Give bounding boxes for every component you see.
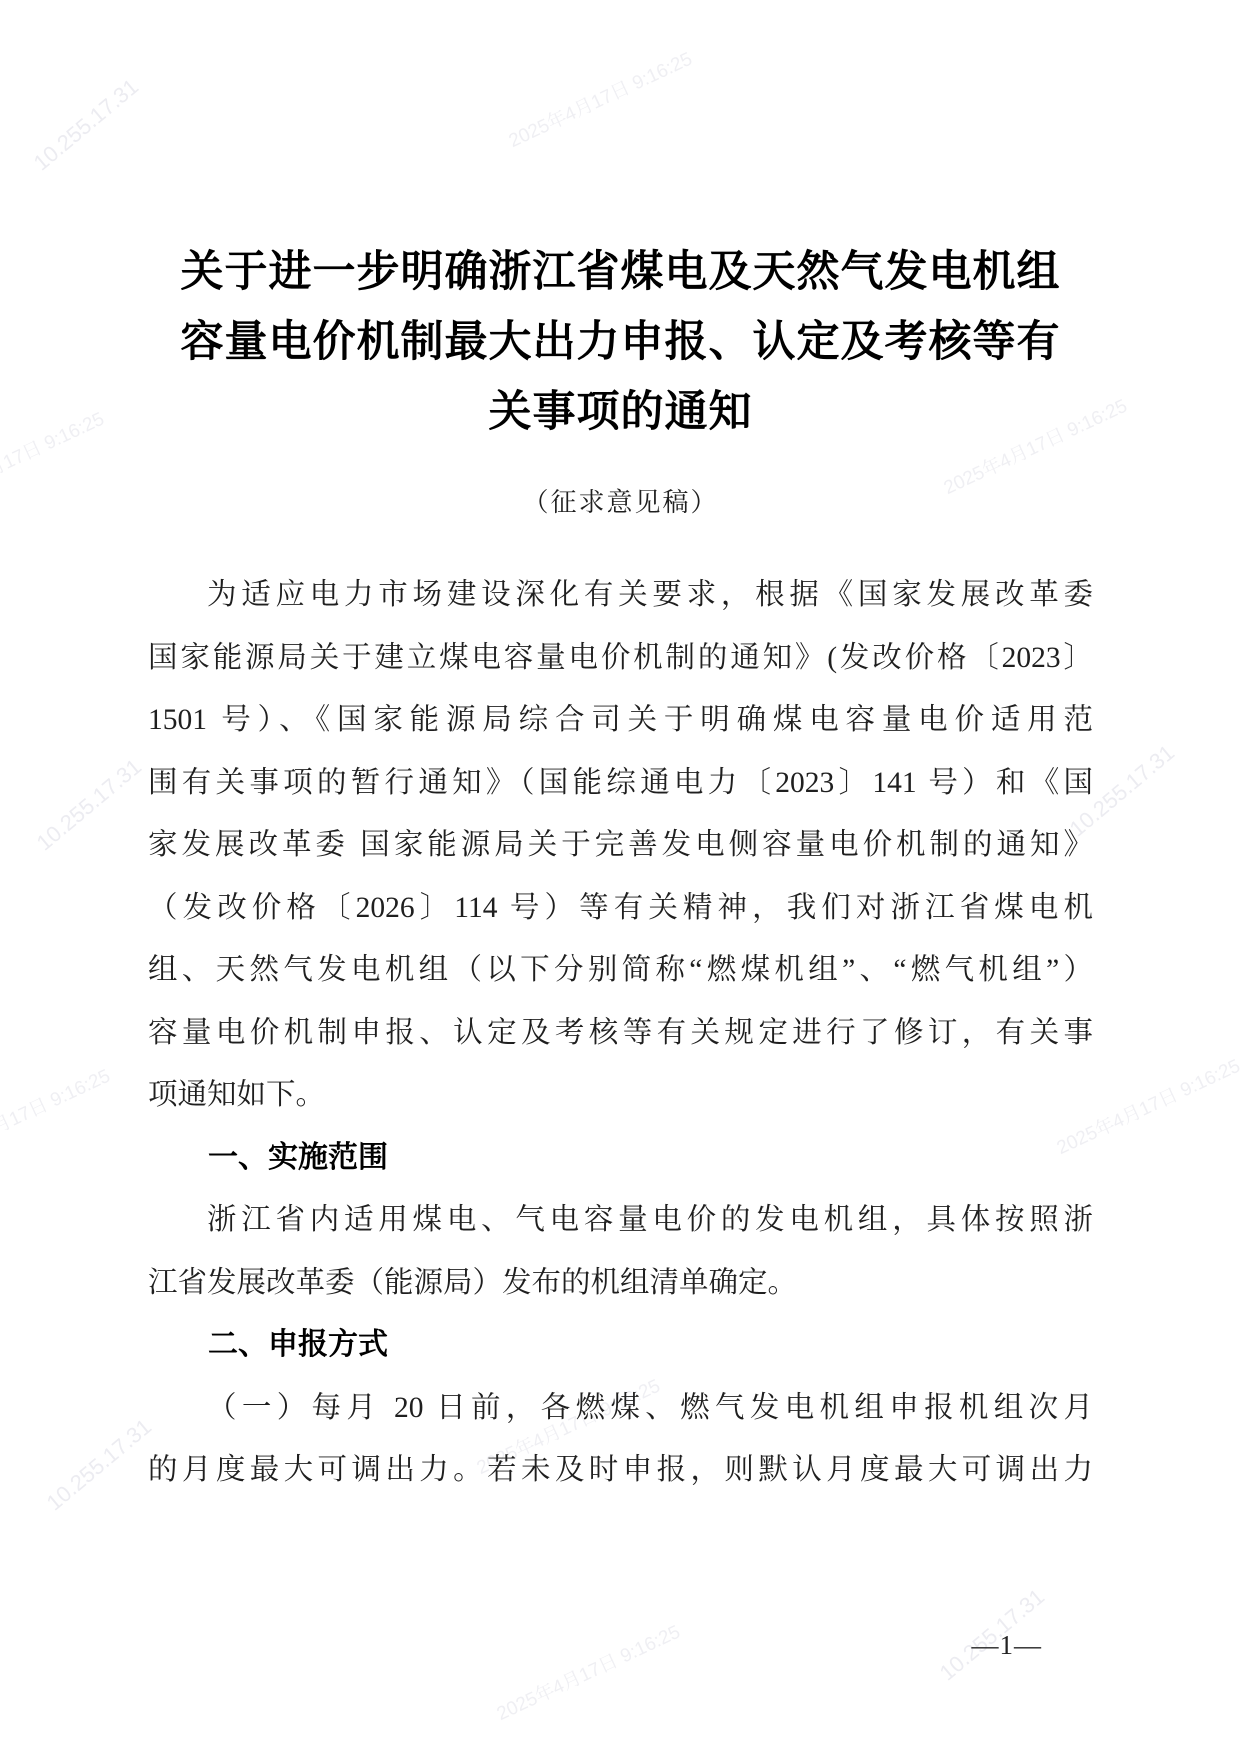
text-line: 容量电价机制申报、认定及考核等有关规定进行了修订，有关事 <box>148 1002 1093 1065</box>
section-heading: 二、申报方式 <box>148 1314 1093 1377</box>
text-line: 的月度最大可调出力。若未及时申报，则默认月度最大可调出力 <box>148 1439 1093 1502</box>
text-line: 项通知如下。 <box>148 1064 1093 1127</box>
section-heading: 一、实施范围 <box>148 1127 1093 1190</box>
text-line: 国家能源局关于建立煤电容量电价机制的通知》(发改价格〔2023〕 <box>148 627 1093 690</box>
document-body: 为适应电力市场建设深化有关要求，根据《国家发展改革委国家能源局关于建立煤电容量电… <box>148 564 1093 1502</box>
text-line: 围有关事项的暂行通知》（国能综通电力〔2023〕141 号）和《国 <box>148 752 1093 815</box>
document-title-line: 容量电价机制最大出力申报、认定及考核等有 <box>148 308 1093 378</box>
watermark-ip-stamp: 10.255.17.31 <box>29 74 144 176</box>
watermark-timestamp-stamp: 2025年4月17日 9:16:25 <box>0 1061 114 1170</box>
document-title-line: 关于进一步明确浙江省煤电及天然气发电机组 <box>148 238 1093 308</box>
text-line: （一）每月 20 日前，各燃煤、燃气发电机组申报机组次月 <box>148 1377 1093 1440</box>
page-number: —1— <box>972 1630 1043 1660</box>
document-page: 10.255.17.31 2025年4月17日 9:16:25 2025年4月1… <box>0 0 1240 1753</box>
watermark-ip-stamp: 10.255.17.31 <box>42 1414 157 1516</box>
watermark-timestamp-stamp: 2025年4月17日 9:16:25 <box>0 404 108 513</box>
watermark-ip-stamp: 10.255.17.31 <box>32 754 147 856</box>
text-line: 为适应电力市场建设深化有关要求，根据《国家发展改革委 <box>148 564 1093 627</box>
document-content: 关于进一步明确浙江省煤电及天然气发电机组 容量电价机制最大出力申报、认定及考核等… <box>148 238 1093 1502</box>
text-line: 江省发展改革委（能源局）发布的机组清单确定。 <box>148 1252 1093 1315</box>
text-line: （发改价格〔2026〕114 号）等有关精神，我们对浙江省煤电机 <box>148 877 1093 940</box>
text-line: 组、天然气发电机组（以下分别简称“燃煤机组”、“燃气机组”） <box>148 939 1093 1002</box>
watermark-timestamp-stamp: 2025年4月17日 9:16:25 <box>492 1617 684 1726</box>
document-subtitle: （征求意见稿） <box>148 483 1093 523</box>
document-title: 关于进一步明确浙江省煤电及天然气发电机组 容量电价机制最大出力申报、认定及考核等… <box>148 238 1093 448</box>
text-line: 家发展改革委 国家能源局关于完善发电侧容量电价机制的通知》 <box>148 814 1093 877</box>
text-line: 浙江省内适用煤电、气电容量电价的发电机组，具体按照浙 <box>148 1189 1093 1252</box>
document-title-line: 关事项的通知 <box>148 378 1093 448</box>
watermark-timestamp-stamp: 2025年4月17日 9:16:25 <box>504 44 696 153</box>
text-line: 1501 号）、《国家能源局综合司关于明确煤电容量电价适用范 <box>148 689 1093 752</box>
